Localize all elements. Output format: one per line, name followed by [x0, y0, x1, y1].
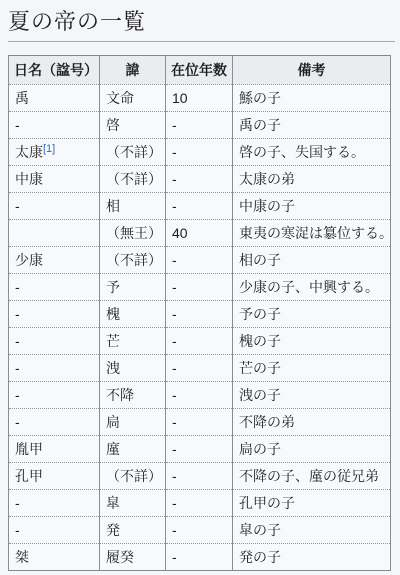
column-header-reign-years: 在位年数 [166, 56, 233, 85]
cell-reign-years: - [166, 193, 233, 220]
table-row: - 不降 - 洩の子 [9, 382, 391, 409]
table-row: - 洩 - 芒の子 [9, 355, 391, 382]
table-row: - 槐 - 予の子 [9, 301, 391, 328]
cell-name: 胤甲 [9, 436, 100, 463]
cell-notes: 太康の弟 [233, 166, 391, 193]
cell-notes: 槐の子 [233, 328, 391, 355]
cell-notes: 相の子 [233, 247, 391, 274]
cell-reign-years: - [166, 247, 233, 274]
cell-imina: 相 [100, 193, 166, 220]
cell-name: - [9, 355, 100, 382]
cell-name: - [9, 409, 100, 436]
footnote-ref-link[interactable]: [1] [43, 143, 55, 155]
cell-imina: 皐 [100, 490, 166, 517]
cell-notes: 孔甲の子 [233, 490, 391, 517]
cell-reign-years: - [166, 166, 233, 193]
cell-notes: 発の子 [233, 544, 391, 571]
cell-imina: （無王） [100, 220, 166, 247]
cell-notes: 啓の子、失国する。 [233, 139, 391, 166]
cell-imina: 洩 [100, 355, 166, 382]
cell-reign-years: - [166, 490, 233, 517]
cell-reign-years: - [166, 382, 233, 409]
cell-name: - [9, 490, 100, 517]
cell-imina: （不詳） [100, 166, 166, 193]
cell-name: - [9, 193, 100, 220]
cell-notes: 禹の子 [233, 112, 391, 139]
cell-reign-years: 40 [166, 220, 233, 247]
cell-name: 桀 [9, 544, 100, 571]
table-row: 胤甲 廑 - 扃の子 [9, 436, 391, 463]
table-row: - 啓 - 禹の子 [9, 112, 391, 139]
emperor-name: 太康 [15, 144, 43, 160]
cell-imina: 啓 [100, 112, 166, 139]
cell-imina: （不詳） [100, 247, 166, 274]
cell-notes: 扃の子 [233, 436, 391, 463]
cell-notes: 中康の子 [233, 193, 391, 220]
table-row: 太康[1] （不詳） - 啓の子、失国する。 [9, 139, 391, 166]
cell-notes: 皐の子 [233, 517, 391, 544]
cell-imina: 槐 [100, 301, 166, 328]
table-row: 桀 履癸 - 発の子 [9, 544, 391, 571]
cell-notes: 不降の弟 [233, 409, 391, 436]
cell-imina: （不詳） [100, 139, 166, 166]
cell-imina: 文命 [100, 85, 166, 112]
cell-name: 孔甲 [9, 463, 100, 490]
cell-reign-years: - [166, 463, 233, 490]
cell-notes: 鯀の子 [233, 85, 391, 112]
cell-reign-years: - [166, 409, 233, 436]
cell-imina: 不降 [100, 382, 166, 409]
cell-name: 太康[1] [9, 139, 100, 166]
page: 夏の帝の一覧 日名（諡号） 諱 在位年数 備考 禹 文命 10 鯀の子 - 啓 … [0, 0, 400, 571]
cell-name: 少康 [9, 247, 100, 274]
page-title: 夏の帝の一覧 [8, 0, 395, 42]
cell-imina: 予 [100, 274, 166, 301]
cell-name: - [9, 274, 100, 301]
emperor-table: 日名（諡号） 諱 在位年数 備考 禹 文命 10 鯀の子 - 啓 - 禹の子 太… [8, 55, 391, 571]
table-row: - 相 - 中康の子 [9, 193, 391, 220]
cell-reign-years: - [166, 544, 233, 571]
table-row: - 扃 - 不降の弟 [9, 409, 391, 436]
cell-name: - [9, 382, 100, 409]
cell-reign-years: - [166, 328, 233, 355]
column-header-name: 日名（諡号） [9, 56, 100, 85]
cell-notes: 不降の子、廑の従兄弟 [233, 463, 391, 490]
cell-reign-years: - [166, 112, 233, 139]
cell-reign-years: - [166, 301, 233, 328]
cell-imina: （不詳） [100, 463, 166, 490]
cell-name: 禹 [9, 85, 100, 112]
cell-reign-years: - [166, 139, 233, 166]
table-row: 孔甲 （不詳） - 不降の子、廑の従兄弟 [9, 463, 391, 490]
table-row: 中康 （不詳） - 太康の弟 [9, 166, 391, 193]
cell-notes: 洩の子 [233, 382, 391, 409]
cell-imina: 履癸 [100, 544, 166, 571]
cell-name [9, 220, 100, 247]
cell-imina: 廑 [100, 436, 166, 463]
cell-name: - [9, 328, 100, 355]
table-row: - 予 - 少康の子、中興する。 [9, 274, 391, 301]
cell-notes: 少康の子、中興する。 [233, 274, 391, 301]
table-row: - 皐 - 孔甲の子 [9, 490, 391, 517]
table-row: - 発 - 皐の子 [9, 517, 391, 544]
cell-notes: 予の子 [233, 301, 391, 328]
cell-name: - [9, 301, 100, 328]
cell-name: - [9, 517, 100, 544]
cell-imina: 扃 [100, 409, 166, 436]
table-row: 禹 文命 10 鯀の子 [9, 85, 391, 112]
cell-name: 中康 [9, 166, 100, 193]
table-row: 少康 （不詳） - 相の子 [9, 247, 391, 274]
cell-reign-years: - [166, 436, 233, 463]
cell-reign-years: - [166, 274, 233, 301]
table-header-row: 日名（諡号） 諱 在位年数 備考 [9, 56, 391, 85]
cell-reign-years: 10 [166, 85, 233, 112]
cell-reign-years: - [166, 517, 233, 544]
table-row: - 芒 - 槐の子 [9, 328, 391, 355]
column-header-notes: 備考 [233, 56, 391, 85]
cell-imina: 発 [100, 517, 166, 544]
column-header-imina: 諱 [100, 56, 166, 85]
cell-name: - [9, 112, 100, 139]
cell-imina: 芒 [100, 328, 166, 355]
cell-reign-years: - [166, 355, 233, 382]
cell-notes: 芒の子 [233, 355, 391, 382]
table-row: （無王） 40 東夷の寒浞は簒位する。 [9, 220, 391, 247]
cell-notes: 東夷の寒浞は簒位する。 [233, 220, 391, 247]
